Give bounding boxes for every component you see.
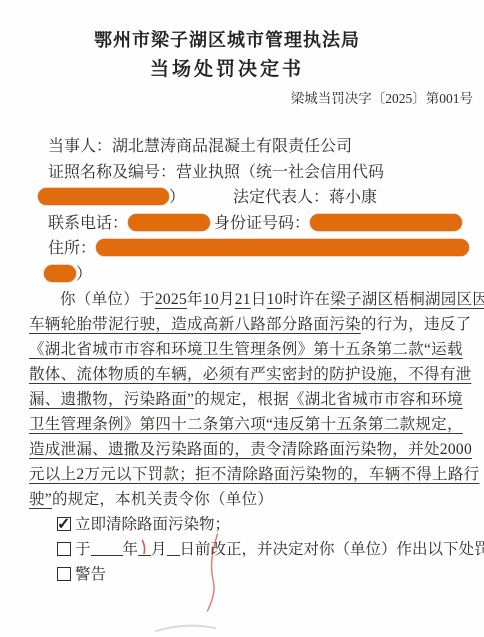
text-segment: 散体、流体物质的车辆，必须有严实密封的防护设施，不得有泄 xyxy=(29,366,471,383)
text-line: 你（单位）于2025年10月21日10时许在梁子湖区梧桐湖园区因 xyxy=(29,287,480,312)
text-segment: 月 xyxy=(219,291,235,308)
document-number: 梁城当罚决字〔2025〕第001号 xyxy=(0,90,473,108)
text-segment: ） xyxy=(169,189,185,206)
text-segment: 的规定，本机关责令你（单位） xyxy=(52,491,273,508)
text-segment: 造成泄漏、遗撒及污染路面的，责令清除路面污染物，并处2000 xyxy=(29,441,472,458)
text-segment: ） xyxy=(76,266,92,283)
text-segment: 日前改正，并决定对你（单位）作出以下处罚： xyxy=(180,541,484,558)
text-segment: 驶” xyxy=(29,491,52,508)
text-line: 车辆轮胎带泥行驶，造成高新八路部分路面污染的行为，违反了 xyxy=(29,312,480,337)
text-segment: 《湖北省城市市容和环境卫生管理条例》第十五条第二款“运载 xyxy=(29,341,463,358)
text-segment: 的行为，违反了 xyxy=(361,316,472,333)
text-segment: 10 xyxy=(267,291,283,308)
text-segment: 2025 xyxy=(155,291,187,308)
redaction-bar xyxy=(96,239,469,256)
text-segment: 住所： xyxy=(48,240,96,257)
penalty-option-line: 警告 xyxy=(57,562,480,587)
checkbox-unchecked xyxy=(57,567,71,581)
text-line: 当事人：湖北慧涛商品混凝土有限责任公司 xyxy=(48,134,480,160)
text-segment: 当事人：湖北慧涛商品混凝土有限责任公司 xyxy=(48,138,352,155)
agency-title: 鄂州市梁子湖区城市管理执法局 xyxy=(0,26,454,55)
scanned-penalty-document: 鄂州市梁子湖区城市管理执法局 当场处罚决定书 梁城当罚决字〔2025〕第001号… xyxy=(0,0,484,637)
text-segment: 漏、遗撒物，污染路面” xyxy=(29,391,194,408)
text-segment: 身份证号码： xyxy=(214,215,310,232)
text-segment: 联系电话： xyxy=(48,215,128,232)
text-line: 证照名称及编号：营业执照（统一社会信用代码 xyxy=(48,160,480,186)
text-segment: 梁子湖区梧桐湖园区因 xyxy=(330,291,484,308)
checkbox-checked xyxy=(57,517,71,531)
redaction-bar xyxy=(310,214,462,231)
text-segment: 时许在 xyxy=(283,291,330,308)
document-header: 鄂州市梁子湖区城市管理执法局 当场处罚决定书 xyxy=(0,0,454,84)
text-segment: 元以上2万元以下罚款；拒不清除路面污染物的，车辆不得上路行 xyxy=(29,466,479,483)
text-segment: 月 xyxy=(151,541,167,558)
text-segment: 警告 xyxy=(75,566,106,583)
redaction-bar xyxy=(44,265,76,282)
text-line: 驶”的规定，本机关责令你（单位） xyxy=(29,487,480,512)
text-line: ）法定代表人：蒋小康 xyxy=(38,185,480,211)
blank-fill-line xyxy=(138,542,151,556)
text-line: 卫生管理条例》第四十二条第六项“违反第十五条第二款规定， xyxy=(29,412,480,437)
penalty-option-line: 于年月日前改正，并决定对你（单位）作出以下处罚： xyxy=(57,537,480,562)
text-segment: 年 xyxy=(187,291,203,308)
text-segment: 于 xyxy=(75,541,91,558)
text-segment: 《湖北省城市市容和环境 xyxy=(289,391,463,408)
blank-fill-line xyxy=(91,542,123,556)
text-line: 元以上2万元以下罚款；拒不清除路面污染物的，车辆不得上路行 xyxy=(29,462,480,487)
party-info-section: 当事人：湖北慧涛商品混凝土有限责任公司证照名称及编号：营业执照（统一社会信用代码… xyxy=(48,134,480,287)
pencil-smudge xyxy=(156,626,215,631)
text-segment: 卫生管理条例》第四十二条第六项“违反第十五条第二款规定， xyxy=(29,416,463,433)
text-line: 《湖北省城市市容和环境卫生管理条例》第十五条第二款“运载 xyxy=(29,337,480,362)
text-line: 散体、流体物质的车辆，必须有严实密封的防护设施，不得有泄 xyxy=(29,362,480,387)
redaction-bar xyxy=(38,188,169,205)
text-segment: 证照名称及编号：营业执照（统一社会信用代码 xyxy=(48,164,384,181)
penalty-option-line: 立即清除路面污染物； xyxy=(57,512,480,537)
text-line: 联系电话：身份证号码： xyxy=(48,211,480,237)
text-line: 漏、遗撒物，污染路面”的规定，根据《湖北省城市市容和环境 xyxy=(29,387,480,412)
body-paragraph: 你（单位）于2025年10月21日10时许在梁子湖区梧桐湖园区因车辆轮胎带泥行驶… xyxy=(29,287,480,512)
text-line: 住所： xyxy=(48,236,480,262)
text-segment: 的规定，根据 xyxy=(194,391,289,408)
redaction-bar xyxy=(128,214,210,231)
checkbox-unchecked xyxy=(57,542,71,556)
text-segment: 年 xyxy=(123,541,139,558)
text-segment: 你（单位）于 xyxy=(60,291,155,308)
text-segment: 车辆轮胎带泥行驶，造成高新八路部分路面污染 xyxy=(29,316,361,333)
blank-fill-line xyxy=(167,542,180,556)
text-segment: 立即清除路面污染物； xyxy=(75,516,230,533)
text-line: 造成泄漏、遗撒及污染路面的，责令清除路面污染物，并处2000 xyxy=(29,437,480,462)
text-segment: 10 xyxy=(203,291,219,308)
text-line: ） xyxy=(44,262,480,288)
text-segment: 法定代表人：蒋小康 xyxy=(233,189,377,206)
text-segment: 21 xyxy=(235,291,251,308)
penalty-options-section: 立即清除路面污染物；于年月日前改正，并决定对你（单位）作出以下处罚：警告 xyxy=(57,512,480,587)
text-segment: 日 xyxy=(251,291,267,308)
document-type-title: 当场处罚决定书 xyxy=(0,55,454,84)
